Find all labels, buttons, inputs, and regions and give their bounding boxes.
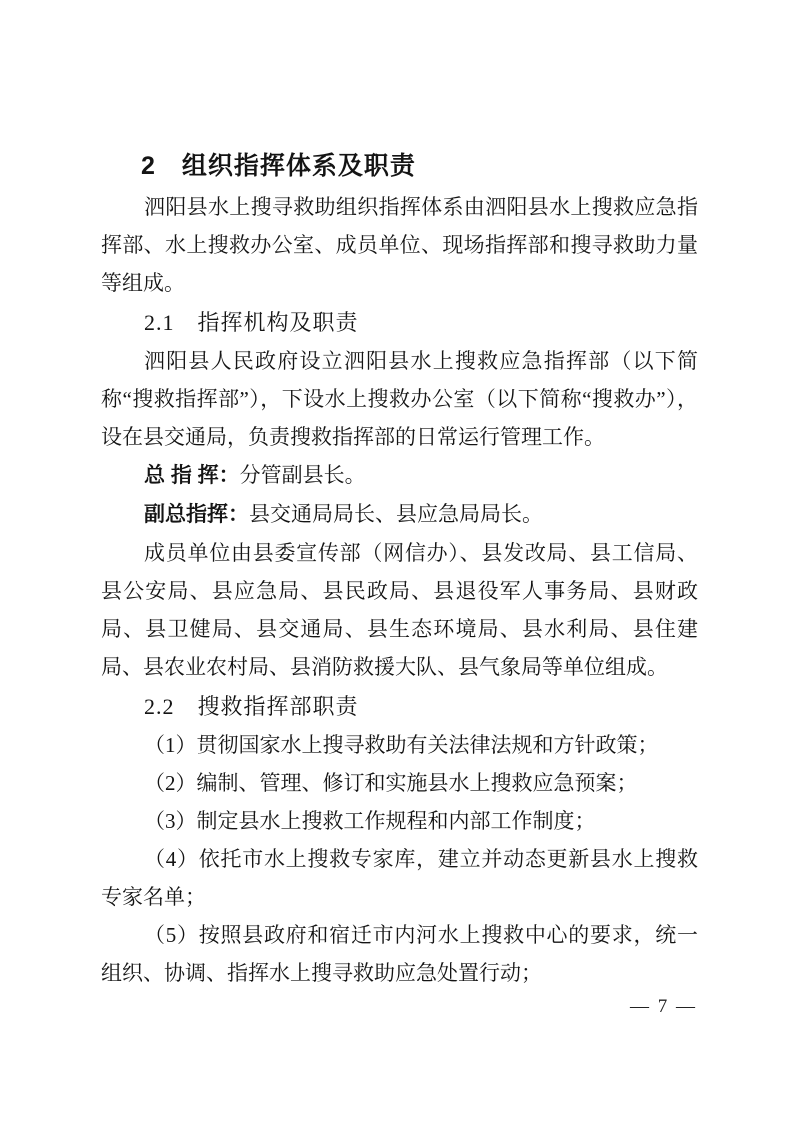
paragraph-command-org: 泗阳县人民政府设立泗阳县水上搜救应急指挥部（以下简称“搜救指挥部”），下设水上搜…: [101, 342, 698, 456]
page-number: — 7 —: [630, 996, 697, 1018]
paragraph-overview: 泗阳县水上搜寻救助组织指挥体系由泗阳县水上搜救应急指挥部、水上搜救办公室、成员单…: [101, 188, 698, 302]
line-deputy-commander: 副总指挥：县交通局局长、县应急局局长。: [101, 495, 698, 534]
duty-item-5: （5）按照县政府和宿迁市内河水上搜救中心的要求，统一组织、协调、指挥水上搜寻救助…: [101, 916, 698, 992]
document-body: 2 组织指挥体系及职责 泗阳县水上搜寻救助组织指挥体系由泗阳县水上搜救应急指挥部…: [101, 150, 698, 992]
subsection-heading-2-2: 2.2 搜救指挥部职责: [101, 688, 698, 726]
duty-item-3: （3）制定县水上搜救工作规程和内部工作制度；: [101, 802, 698, 840]
line-chief-commander: 总 指 挥：分管副县长。: [101, 456, 698, 495]
paragraph-member-units: 成员单位由县委宣传部（网信办）、县发改局、县工信局、县公安局、县应急局、县民政局…: [101, 534, 698, 686]
subsection-heading-2-1: 2.1 指挥机构及职责: [101, 304, 698, 342]
deputy-commander-label: 副总指挥：: [144, 503, 249, 526]
chief-commander-label: 总 指 挥：: [144, 464, 240, 487]
duty-item-4: （4）依托市水上搜救专家库，建立并动态更新县水上搜救专家名单；: [101, 840, 698, 916]
document-page: 2 组织指挥体系及职责 泗阳县水上搜寻救助组织指挥体系由泗阳县水上搜救应急指挥部…: [0, 0, 793, 1122]
section-heading: 2 组织指挥体系及职责: [101, 150, 698, 182]
deputy-commander-text: 县交通局局长、县应急局局长。: [249, 502, 543, 526]
chief-commander-text: 分管副县长。: [240, 463, 366, 487]
duty-item-2: （2）编制、管理、修订和实施县水上搜救应急预案；: [101, 764, 698, 802]
duty-item-1: （1）贯彻国家水上搜寻救助有关法律法规和方针政策；: [101, 726, 698, 764]
